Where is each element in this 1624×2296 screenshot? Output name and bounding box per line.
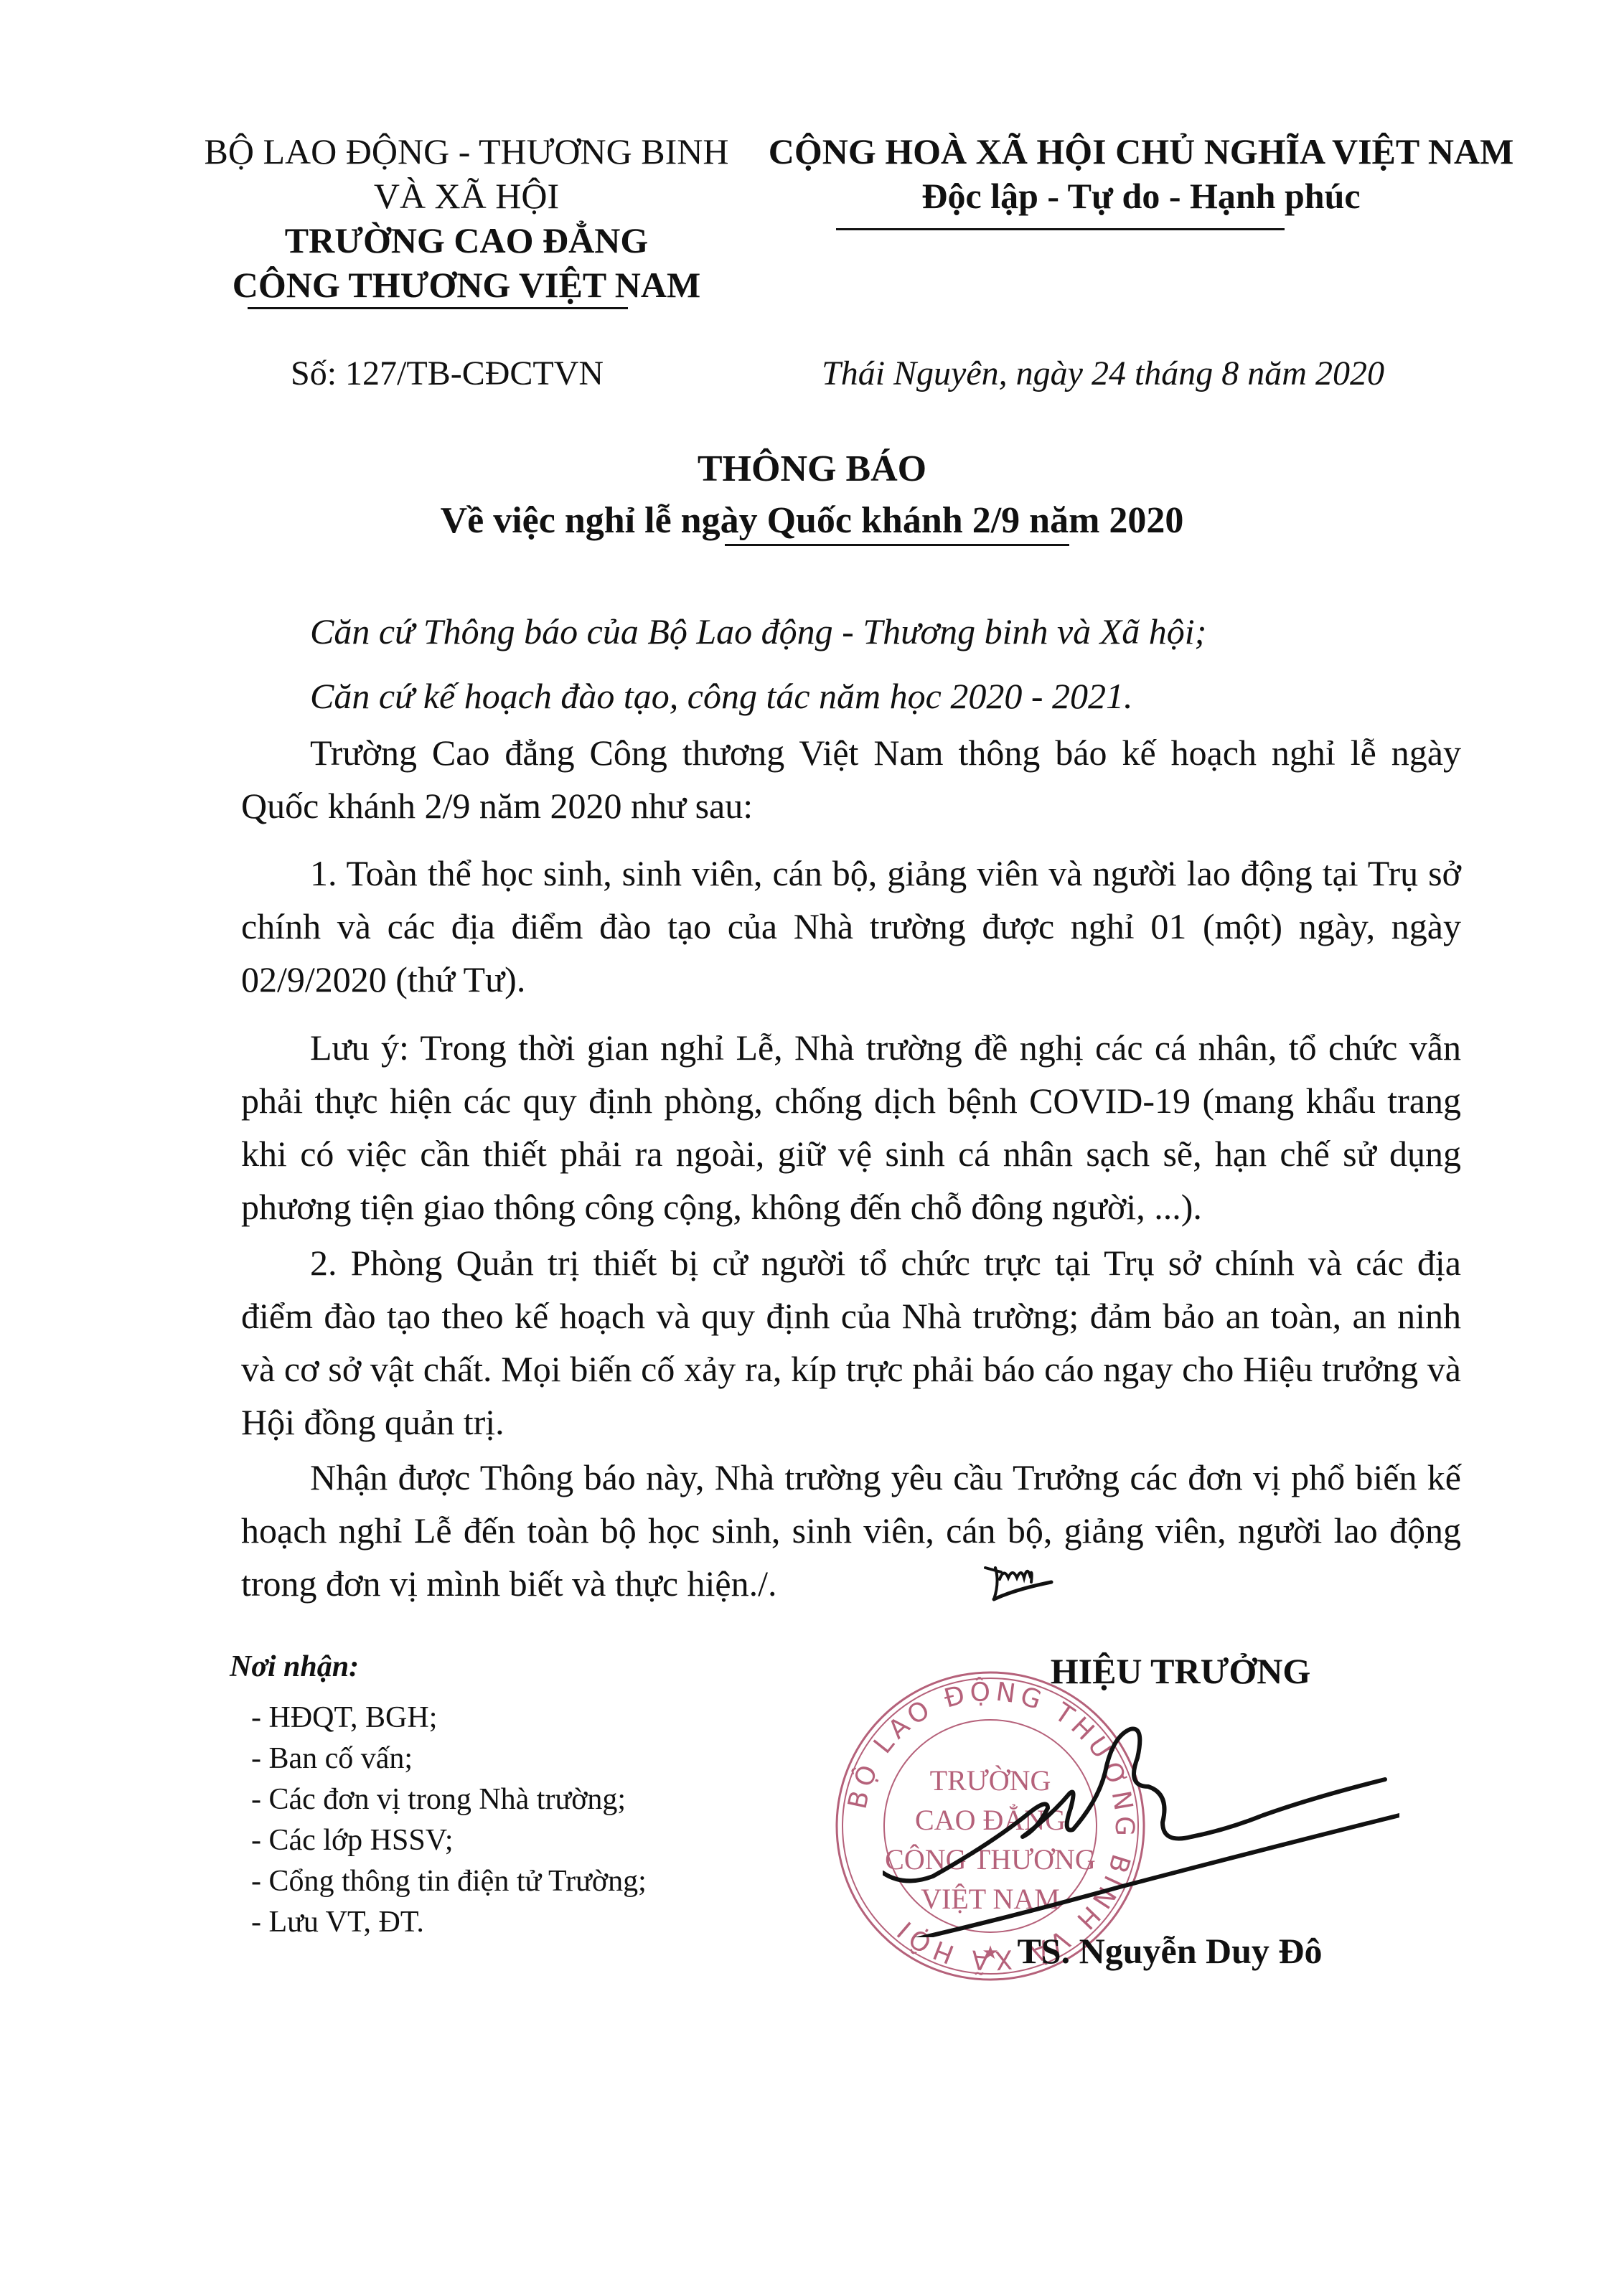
- body-closing: Nhận được Thông báo này, Nhà trường yêu …: [241, 1451, 1461, 1610]
- signer-name: TS. Nguyễn Duy Đô: [954, 1930, 1385, 1972]
- paragraph-intro: Trường Cao đẳng Công thương Việt Nam thô…: [241, 726, 1461, 832]
- recipient-item: - Ban cố vấn;: [230, 1739, 647, 1779]
- header-left-divider: [248, 307, 628, 309]
- legal-basis: Căn cứ Thông báo của Bộ Lao động - Thươn…: [310, 599, 1206, 728]
- school-name-line1: TRƯỜNG CAO ĐẲNG: [179, 218, 754, 263]
- issuing-authority: BỘ LAO ĐỘNG - THƯƠNG BINH VÀ XÃ HỘI TRƯỜ…: [179, 129, 754, 307]
- recipient-item: - Các lớp HSSV;: [230, 1820, 647, 1861]
- recipient-item: - Cổng thông tin điện tử Trường;: [230, 1861, 647, 1902]
- recipient-item: - HĐQT, BGH;: [230, 1698, 647, 1739]
- recipients-block: Nơi nhận: - HĐQT, BGH; - Ban cố vấn; - C…: [230, 1647, 647, 1943]
- recipient-item: - Lưu VT, ĐT.: [230, 1902, 647, 1943]
- paragraph-item-2: 2. Phòng Quản trị thiết bị cử người tổ c…: [241, 1236, 1461, 1449]
- paragraph-closing: Nhận được Thông báo này, Nhà trường yêu …: [241, 1451, 1461, 1610]
- legal-basis-item: Căn cứ kế hoạch đào tạo, công tác năm họ…: [310, 664, 1206, 728]
- body-item-1: 1. Toàn thể học sinh, sinh viên, cán bộ,…: [241, 847, 1461, 1006]
- national-header: CỘNG HOÀ XÃ HỘI CHỦ NGHĨA VIỆT NAM Độc l…: [761, 129, 1521, 218]
- document-number: Số: 127/TB-CĐCTVN: [291, 354, 604, 393]
- body-intro: Trường Cao đẳng Công thương Việt Nam thô…: [241, 726, 1461, 832]
- recipients-label: Nơi nhận:: [230, 1647, 647, 1688]
- legal-basis-item: Căn cứ Thông báo của Bộ Lao động - Thươn…: [310, 599, 1206, 664]
- initials-mark-icon: [980, 1546, 1066, 1604]
- body-note: Lưu ý: Trong thời gian nghỉ Lễ, Nhà trườ…: [241, 1021, 1461, 1233]
- place-date: Thái Nguyên, ngày 24 tháng 8 năm 2020: [822, 354, 1384, 393]
- recipient-item: - Các đơn vị trong Nhà trường;: [230, 1779, 647, 1820]
- school-name-line2: CÔNG THƯƠNG VIỆT NAM: [179, 263, 754, 307]
- signer-position: HIỆU TRƯỞNG: [965, 1650, 1396, 1692]
- title-divider: [725, 544, 1069, 546]
- title-subject: Về việc nghỉ lễ ngày Quốc khánh 2/9 năm …: [0, 495, 1624, 547]
- header-right-divider: [836, 228, 1285, 230]
- document-title: THÔNG BÁO Về việc nghỉ lễ ngày Quốc khán…: [0, 443, 1624, 547]
- paragraph-item-1: 1. Toàn thể học sinh, sinh viên, cán bộ,…: [241, 847, 1461, 1006]
- body-item-2: 2. Phòng Quản trị thiết bị cử người tổ c…: [241, 1236, 1461, 1449]
- handwritten-signature-icon: [883, 1708, 1399, 1937]
- nation-name: CỘNG HOÀ XÃ HỘI CHỦ NGHĨA VIỆT NAM: [761, 129, 1521, 174]
- national-motto: Độc lập - Tự do - Hạnh phúc: [761, 174, 1521, 218]
- ministry-name-line2: VÀ XÃ HỘI: [179, 174, 754, 218]
- title-main: THÔNG BÁO: [0, 443, 1624, 495]
- ministry-name-line1: BỘ LAO ĐỘNG - THƯƠNG BINH: [179, 129, 754, 174]
- paragraph-note: Lưu ý: Trong thời gian nghỉ Lễ, Nhà trườ…: [241, 1021, 1461, 1233]
